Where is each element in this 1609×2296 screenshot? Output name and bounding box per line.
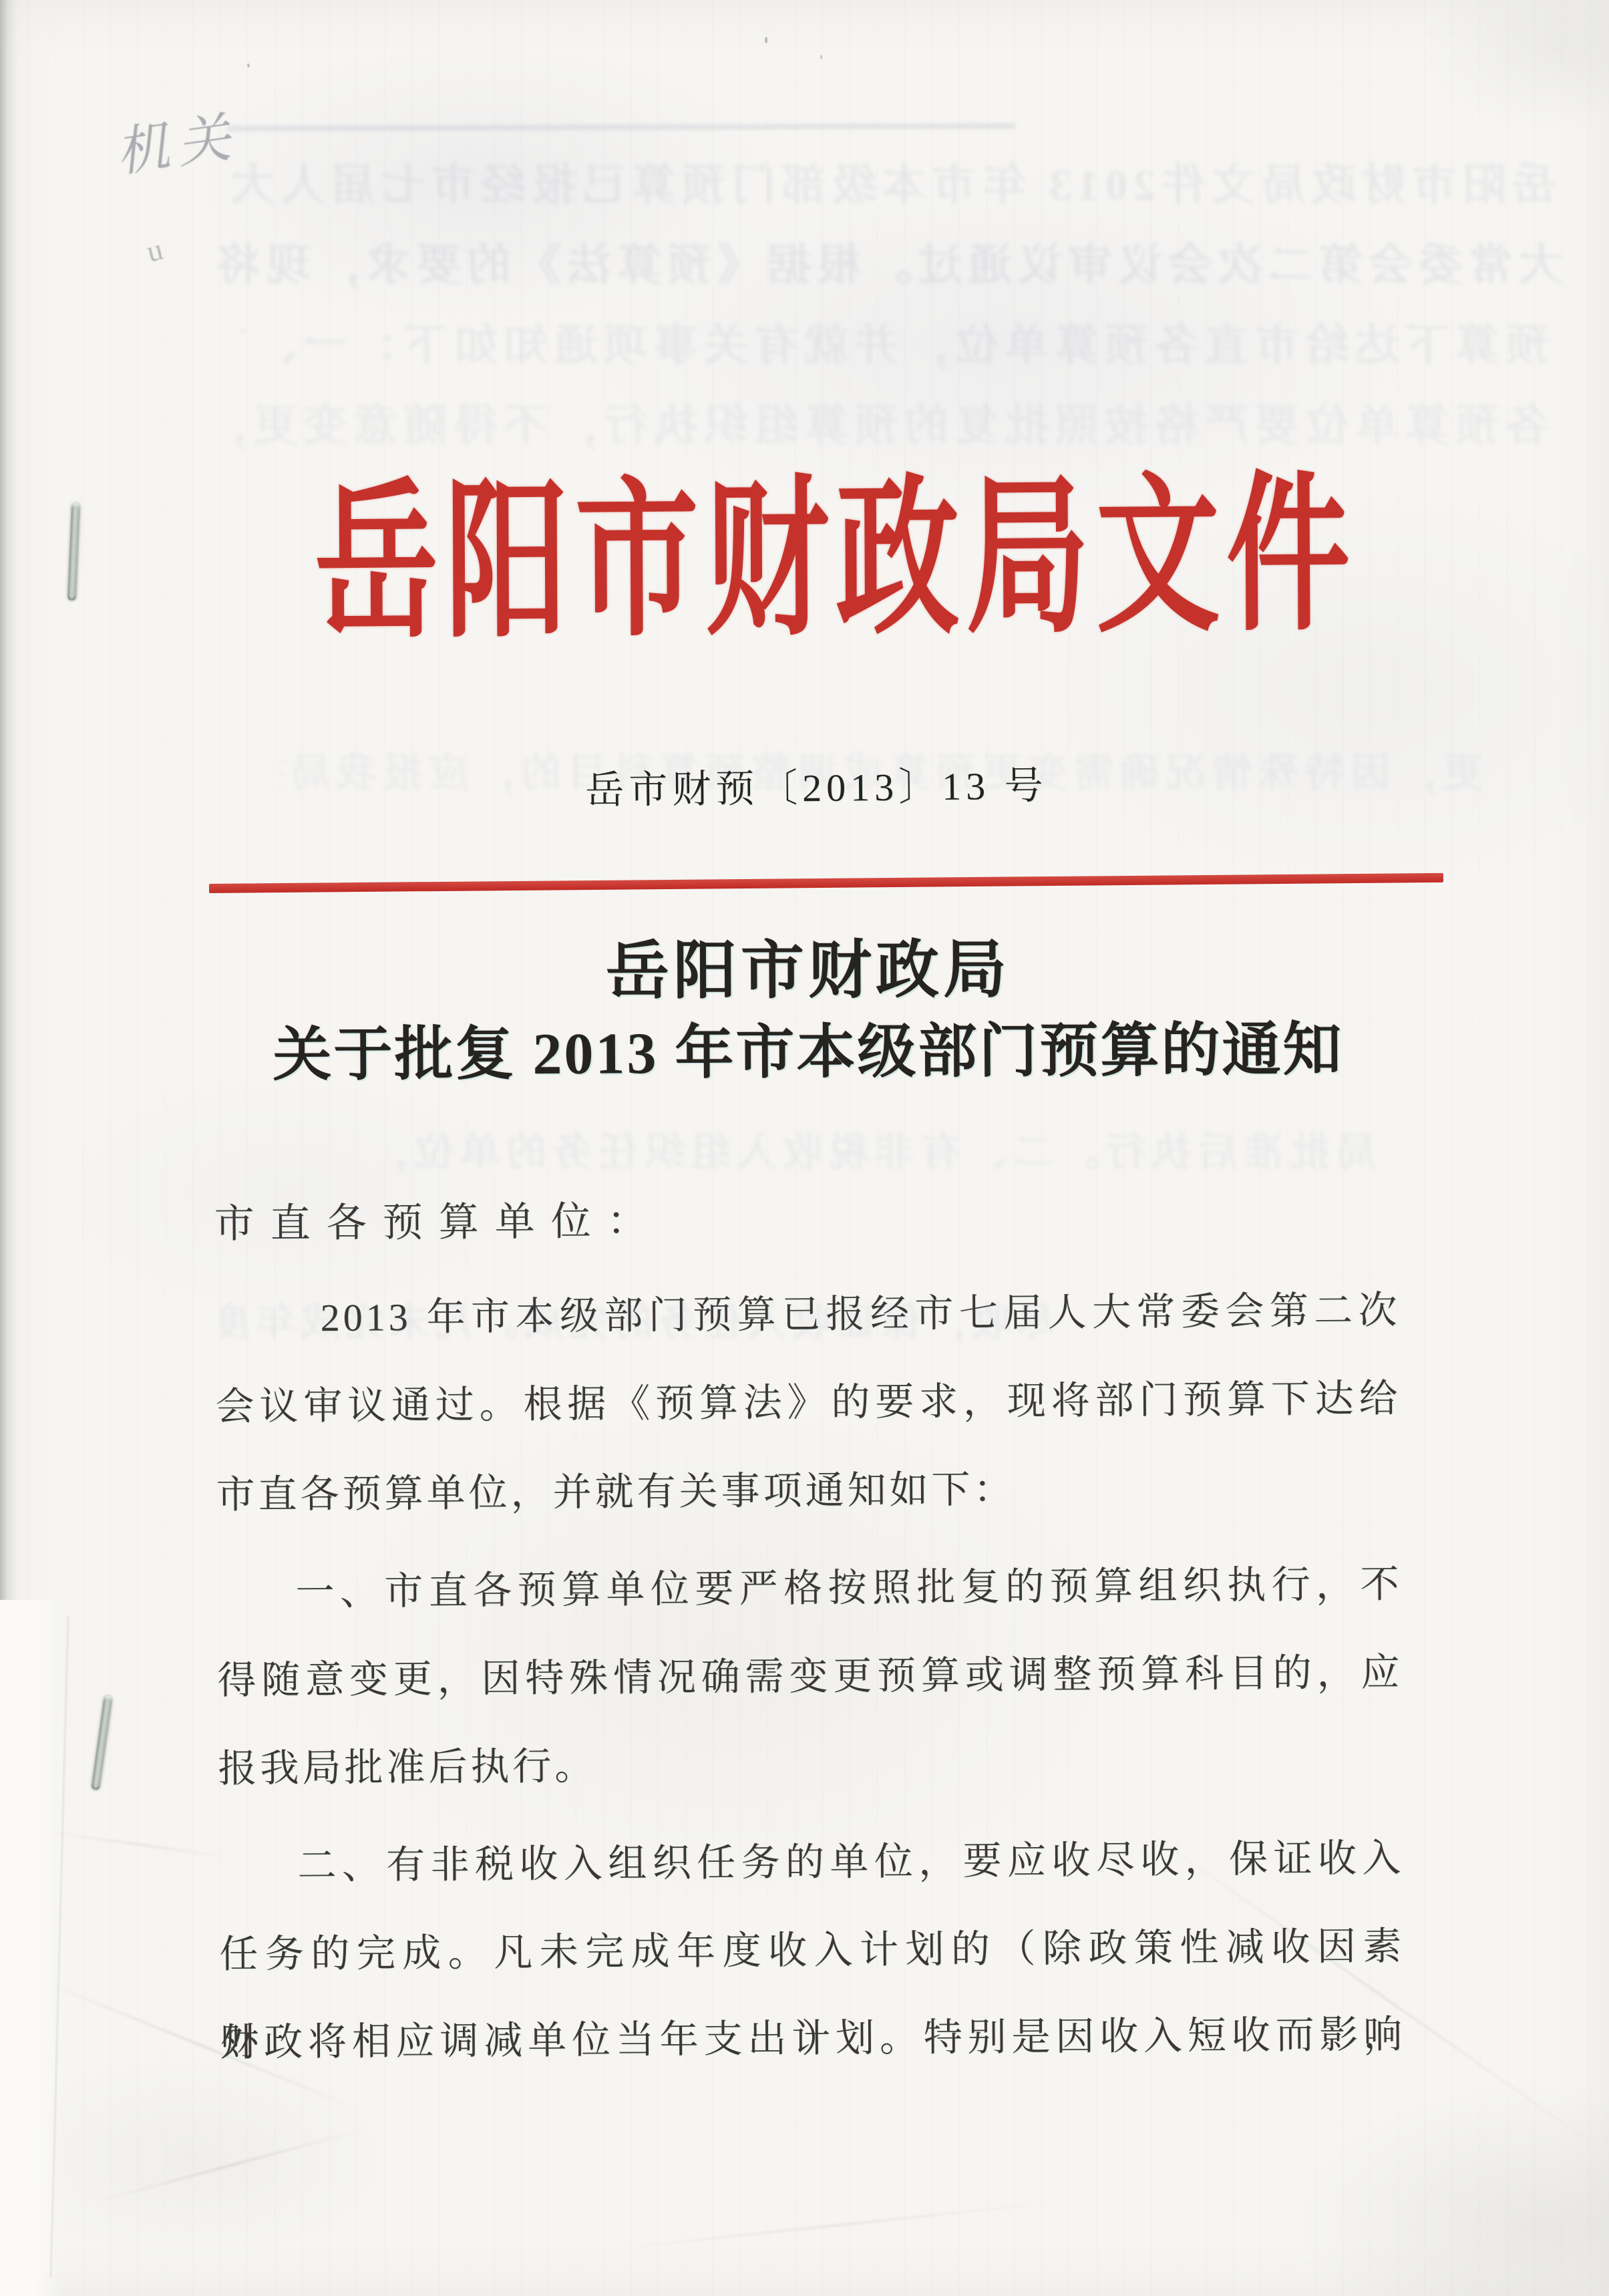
- body-paragraphs: 2013 年市本级部门预算已报经市七届人大常委会第二次会议审议通过。根据《预算法…: [214, 1267, 1405, 2087]
- paper-crease: [92, 2127, 369, 2203]
- document-title-line1: 岳阳市财政局: [0, 931, 1609, 1011]
- paper-crease: [41, 1830, 239, 1860]
- body-line: 任务的完成。凡未完成年度收入计划的（除政策性减收因素外），: [219, 1903, 1405, 1999]
- agency-banner-title: 岳阳市财政局文件: [0, 468, 1609, 653]
- bleedthrough-row: 岳阳市财政局文件2013 年市本级部门预算已报经市七届人大常委会第二次会议审议通: [227, 159, 1556, 212]
- salutation: 市直各预算单位：: [214, 1172, 1400, 1268]
- body-line: 二、有非税收入组织任务的单位，要应收尽收，保证收入: [218, 1814, 1405, 1911]
- bleedthrough-row: 局批准后执行。二、有非税收入组织任务的单位，要应收尽收，保证收入任务的完成。凡未: [374, 1128, 1376, 1177]
- ink-speck: [820, 55, 822, 59]
- document-title-line2: 关于批复 2013 年市本级部门预算的通知: [0, 1013, 1609, 1095]
- body-paragraph: 一、市直各预算单位要严格按照批复的预算组织执行，不得随意变更，因特殊情况确需变更…: [216, 1540, 1404, 1813]
- ink-speck: [247, 63, 250, 67]
- pencil-annotation: 机关: [110, 94, 242, 186]
- bleedthrough-row: 大常委会第二次会议审议通过。根据《预算法》的要求，现将部门预算下达给市直各预算单: [214, 239, 1563, 293]
- red-separator-rule: [209, 873, 1443, 893]
- staple-bottom-icon: [91, 1695, 113, 1790]
- document-number: 岳市财预〔2013〕13 号: [0, 758, 1609, 818]
- body-line: 2013 年市本级部门预算已报经市七届人大常委会第二次: [214, 1267, 1401, 1363]
- body-line: 财政将相应调减单位当年支出计划。特别是因收入短收而影响: [220, 1991, 1406, 2087]
- body-line: 市直各预算单位，并就有关事项通知如下：: [216, 1443, 1402, 1539]
- body-line: 报我局批准后执行。: [218, 1717, 1404, 1813]
- body-line: 一、市直各预算单位要严格按照批复的预算组织执行，不: [216, 1540, 1403, 1637]
- torn-edge-highlight: [0, 1600, 64, 2296]
- bleedthrough-row: 各预算单位要严格按照批复的预算组织执行，不得随意变更，因特殊情况确需变更预算或调: [220, 399, 1550, 453]
- scanned-document-page: 岳阳市财政局文件2013 年市本级部门预算已报经市七届人大常委会第二次会议审议通…: [0, 0, 1609, 2296]
- smudge-mark: [227, 123, 1015, 132]
- page-left-edge-shadow: [0, 0, 17, 2296]
- bleedthrough-row: 预算下达给市直各预算单位，并就有关事项通知如下：一、市直各预算单位要严格按照批复: [240, 319, 1550, 373]
- body-paragraph: 2013 年市本级部门预算已报经市七届人大常委会第二次会议审议通过。根据《预算法…: [214, 1267, 1402, 1539]
- torn-edge-line: [50, 1617, 69, 2278]
- body-line: 会议审议通过。根据《预算法》的要求，现将部门预算下达给: [215, 1355, 1401, 1451]
- body-line: 得随意变更，因特殊情况确需变更预算或调整预算科目的，应: [217, 1629, 1403, 1725]
- document-body: 市直各预算单位： 2013 年市本级部门预算已报经市七届人大常委会第二次会议审议…: [214, 1172, 1405, 2087]
- pencil-check-mark: u: [143, 231, 166, 269]
- body-paragraph: 二、有非税收入组织任务的单位，要应收尽收，保证收入任务的完成。凡未完成年度收入计…: [218, 1814, 1406, 2087]
- paper-crease: [602, 2200, 1067, 2251]
- ink-speck: [765, 37, 767, 43]
